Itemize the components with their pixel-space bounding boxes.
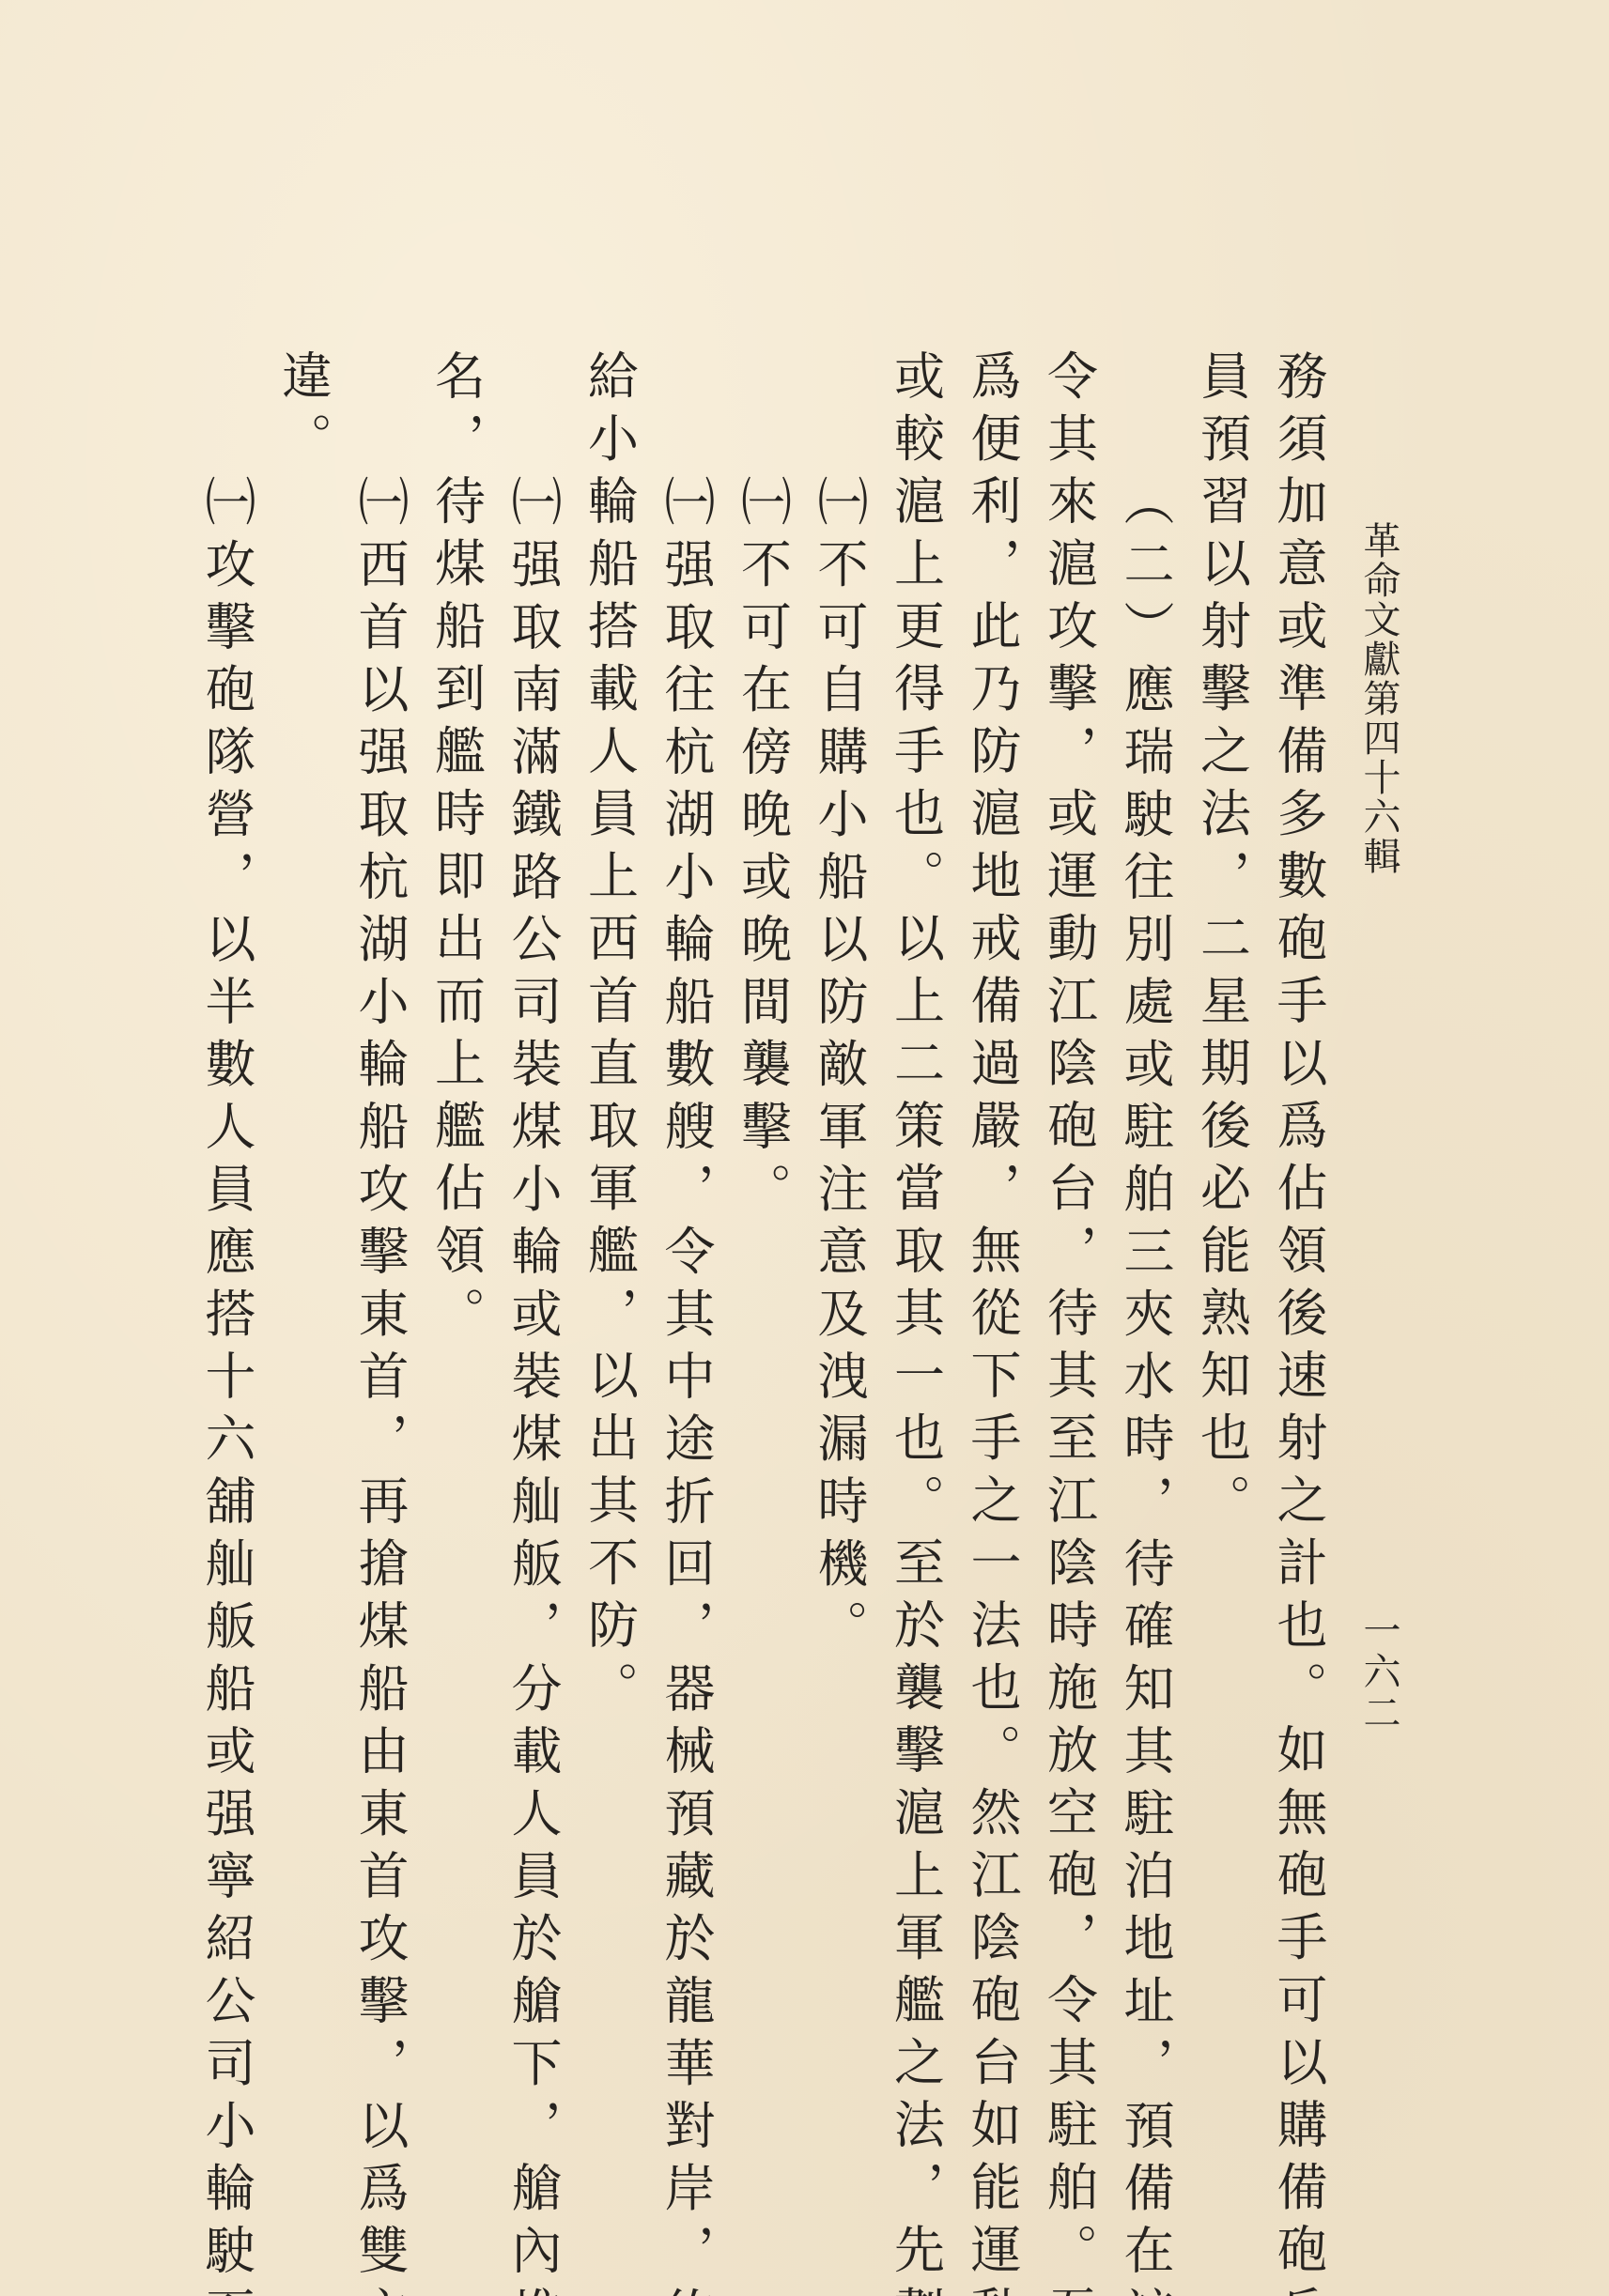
text-column: 務須加意或準備多數砲手以爲佔領後速射之計也。如無砲手可以購備砲兵操典，令攻擊砲隊…: [1261, 349, 1338, 2002]
text-column: （二）應瑞駛往別處或駐舶三夾水時，待確知其駐泊地址，預備在該駐泊地點襲擊得手時，: [1107, 349, 1184, 2002]
list-item: ㈠攻擊砲隊營，以半數人員應搭十六舖舢舨船或强寧紹公司小輪駛至砲隊營沿岸，以半數人: [189, 349, 266, 2002]
scanned-page: 革命文獻第四十六輯 一六二 務須加意或準備多數砲手以爲佔領後速射之計也。如無砲手…: [0, 0, 1609, 2296]
text-column: 員預習以射擊之法，二星期後必能熟知也。: [1184, 349, 1261, 2002]
list-item: ㈠不可在傍晚或晚間襲擊。: [724, 349, 801, 2002]
text-column: 名，待煤船到艦時即出而上艦佔領。: [418, 349, 495, 2002]
list-item: ㈠强取南滿鐵路公司裝煤小輪或裝煤舢舨，分載人員於艙下，艙內堆積煤炭，以假裝上煤爲: [495, 349, 572, 2002]
text-column: 違。: [265, 349, 342, 2002]
text-column: 令其來滬攻擊，或運動江陰砲台，待其至江陰時施放空砲，令其駐舶。吾軍預備在該處襲擊…: [1030, 349, 1107, 2002]
page-number: 一六二: [1360, 1610, 1398, 1734]
text-column: 爲便利，此乃防滬地戒備過嚴，無從下手之一法也。然江陰砲台如能運動得力，此法實非畫…: [954, 349, 1031, 2002]
running-header: 革命文獻第四十六輯: [1360, 521, 1398, 876]
body-text: 務須加意或準備多數砲手以爲佔領後速射之計也。如無砲手可以購備砲兵操典，令攻擊砲隊…: [189, 349, 1338, 2002]
list-item: ㈠不可自購小船以防敵軍注意及洩漏時機。: [801, 349, 878, 2002]
text-column: 給小輪船搭載人員上西首直取軍艦，以出其不防。: [571, 349, 648, 2002]
text-column: 或較滬上更得手也。以上二策當取其一也。至於襲擊滬上軍艦之法，先劃數件如左：: [877, 349, 954, 2002]
list-item: ㈠强取往杭湖小輪船數艘，令其中途折回，器械預藏於龍華對岸，約定時間再裝於舢舨，分: [648, 349, 725, 2002]
list-item: ㈠西首以强取杭湖小輪船攻擊東首，再搶煤船由東首攻擊，以爲雙方夾攻之計，使其應接不: [342, 349, 419, 2002]
